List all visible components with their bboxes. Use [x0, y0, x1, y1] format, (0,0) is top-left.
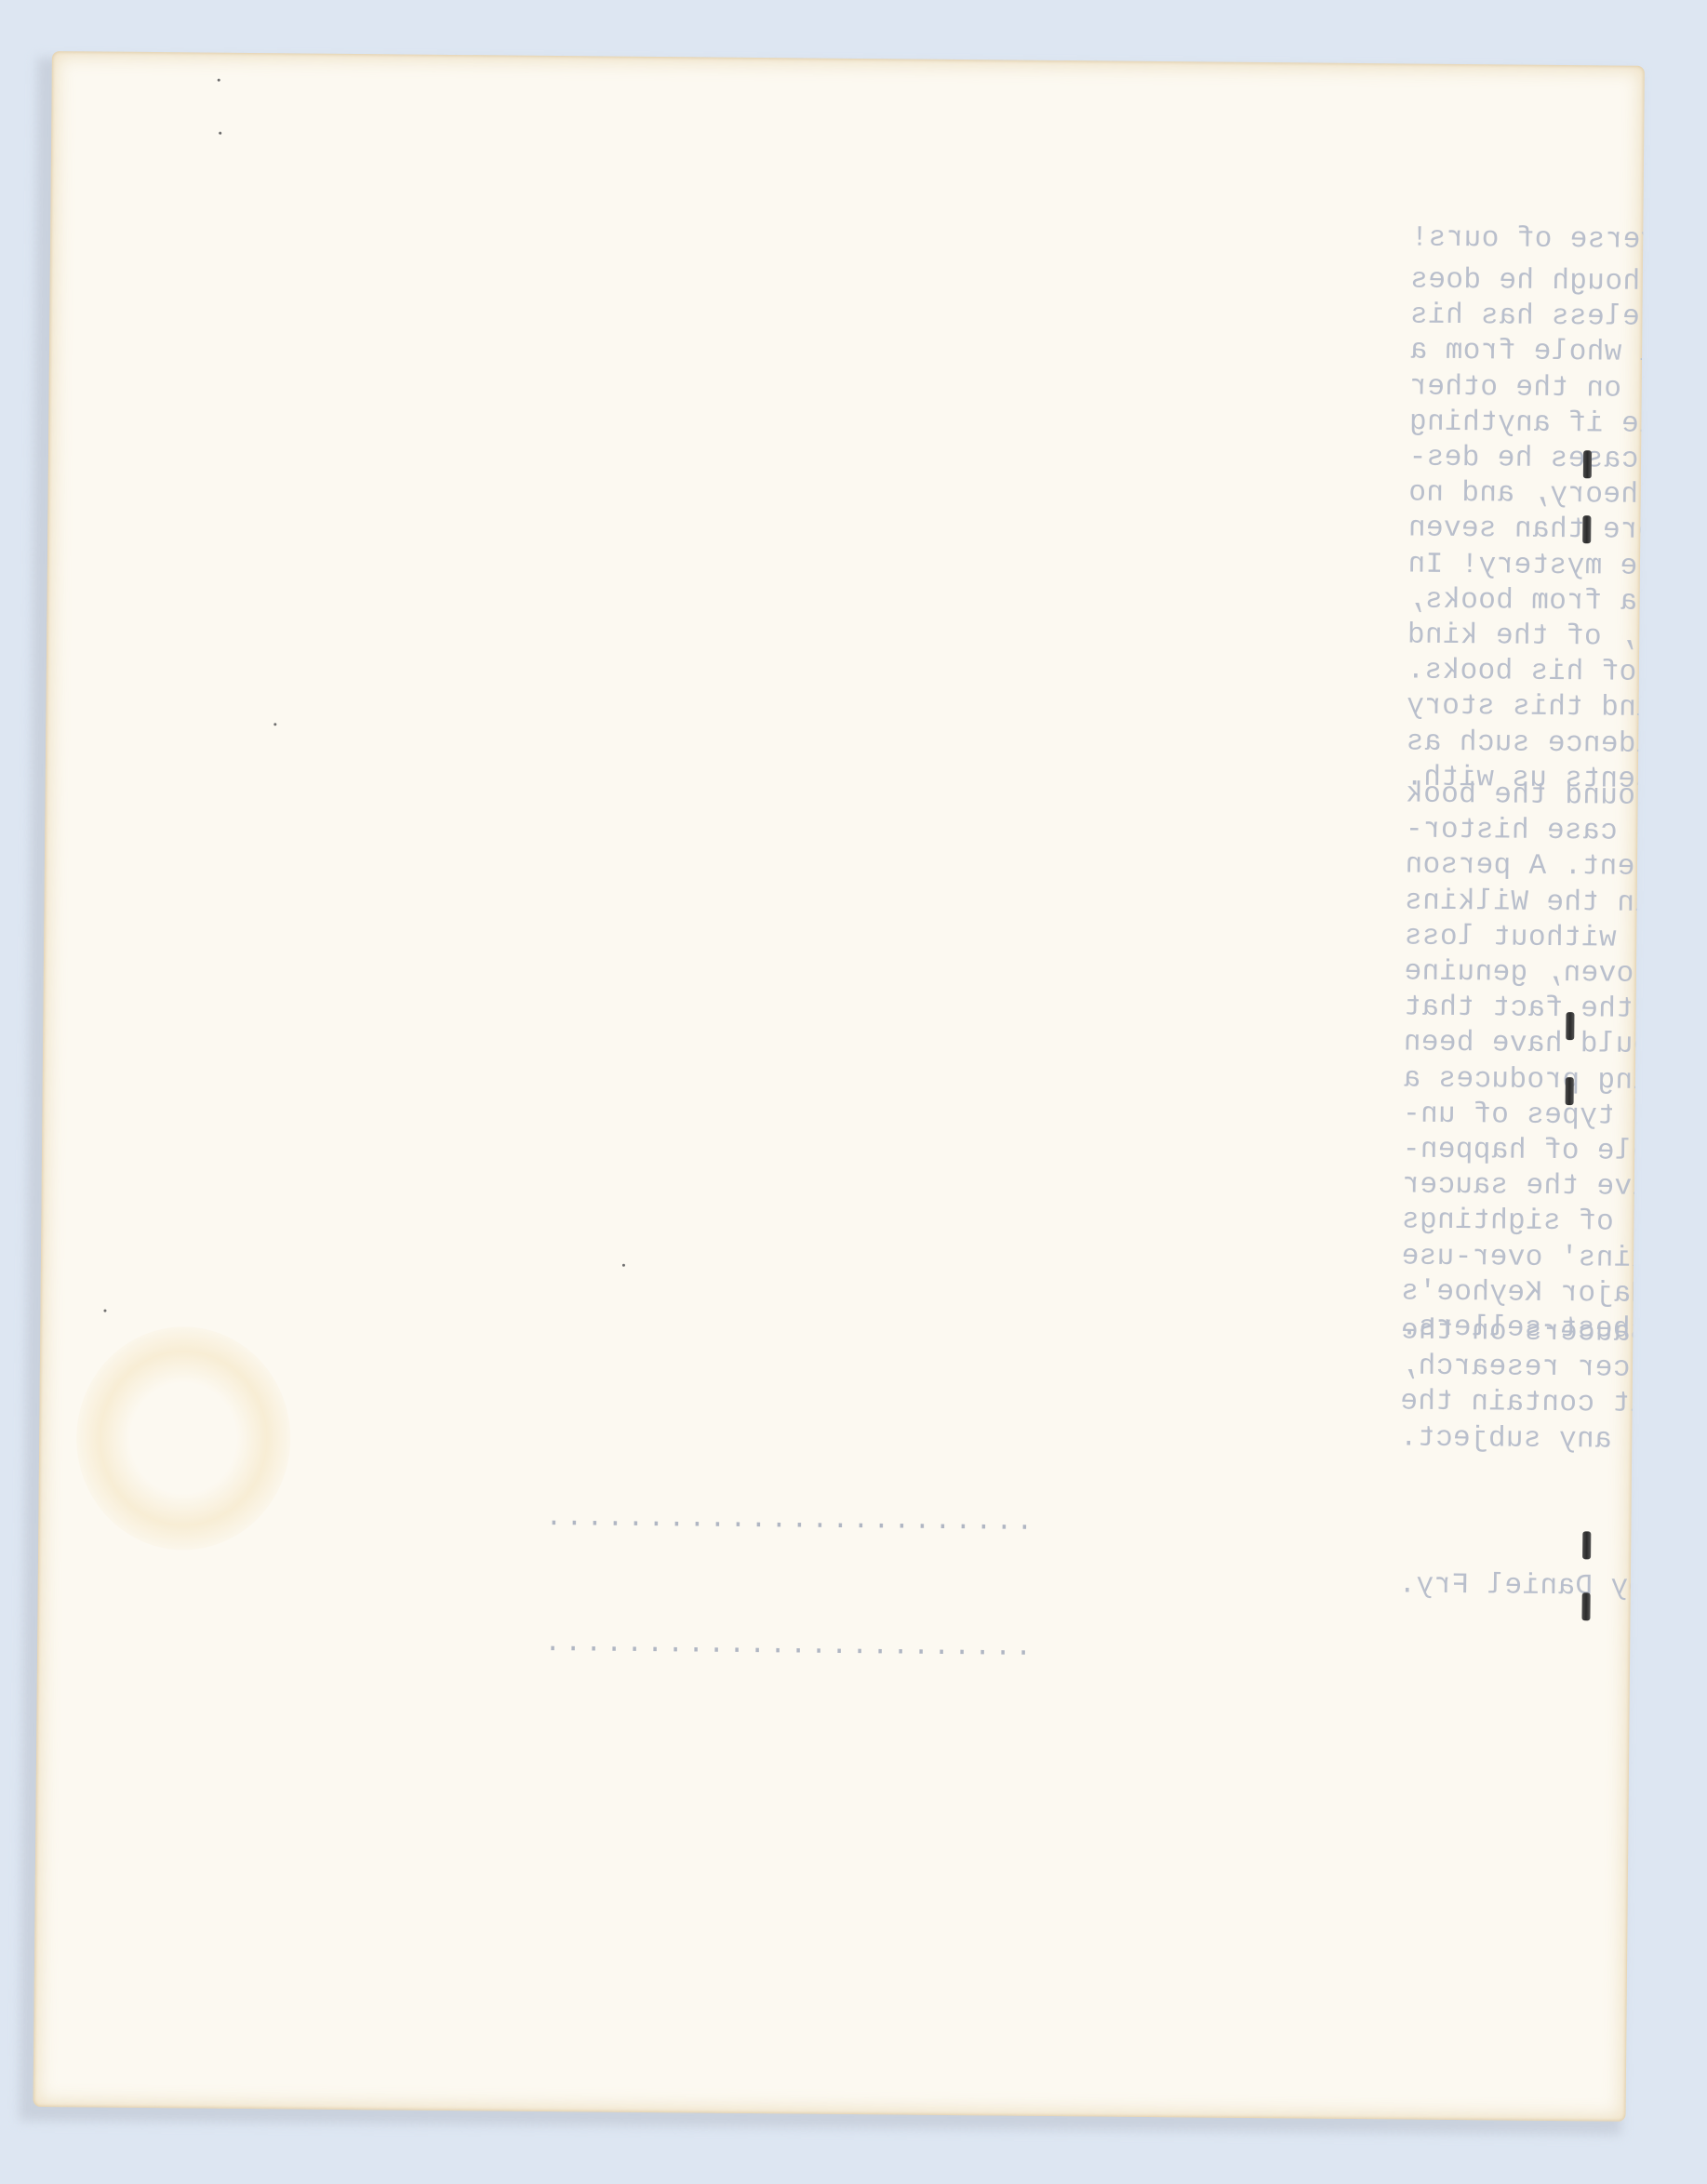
staple-mark: [1582, 515, 1591, 543]
separator-dots: ........................: [544, 1628, 1035, 1664]
separator-dots: ........................: [545, 1502, 1036, 1538]
paper-page: universe of ours! We were pleased to see…: [33, 51, 1645, 2122]
staple-mark: [1583, 450, 1592, 478]
mirrored-typewritten-text: universe of ours! We were pleased to see…: [33, 51, 1645, 2122]
dust-speck: [103, 1310, 106, 1312]
text-line: literary qualities which go into a reall…: [1399, 1421, 1645, 1466]
dust-speck: [622, 1264, 625, 1267]
staple-mark: [1566, 1012, 1574, 1040]
dust-speck: [273, 723, 276, 726]
dust-speck: [218, 79, 220, 82]
next-month-note: NEXT MONTH we will review "The White San…: [1398, 1568, 1645, 1612]
staple-mark: [1581, 1592, 1590, 1620]
text-line: universe of ours!: [1410, 222, 1645, 258]
dust-speck: [219, 132, 221, 135]
staple-mark: [1582, 1531, 1591, 1559]
staple-mark: [1566, 1077, 1574, 1105]
